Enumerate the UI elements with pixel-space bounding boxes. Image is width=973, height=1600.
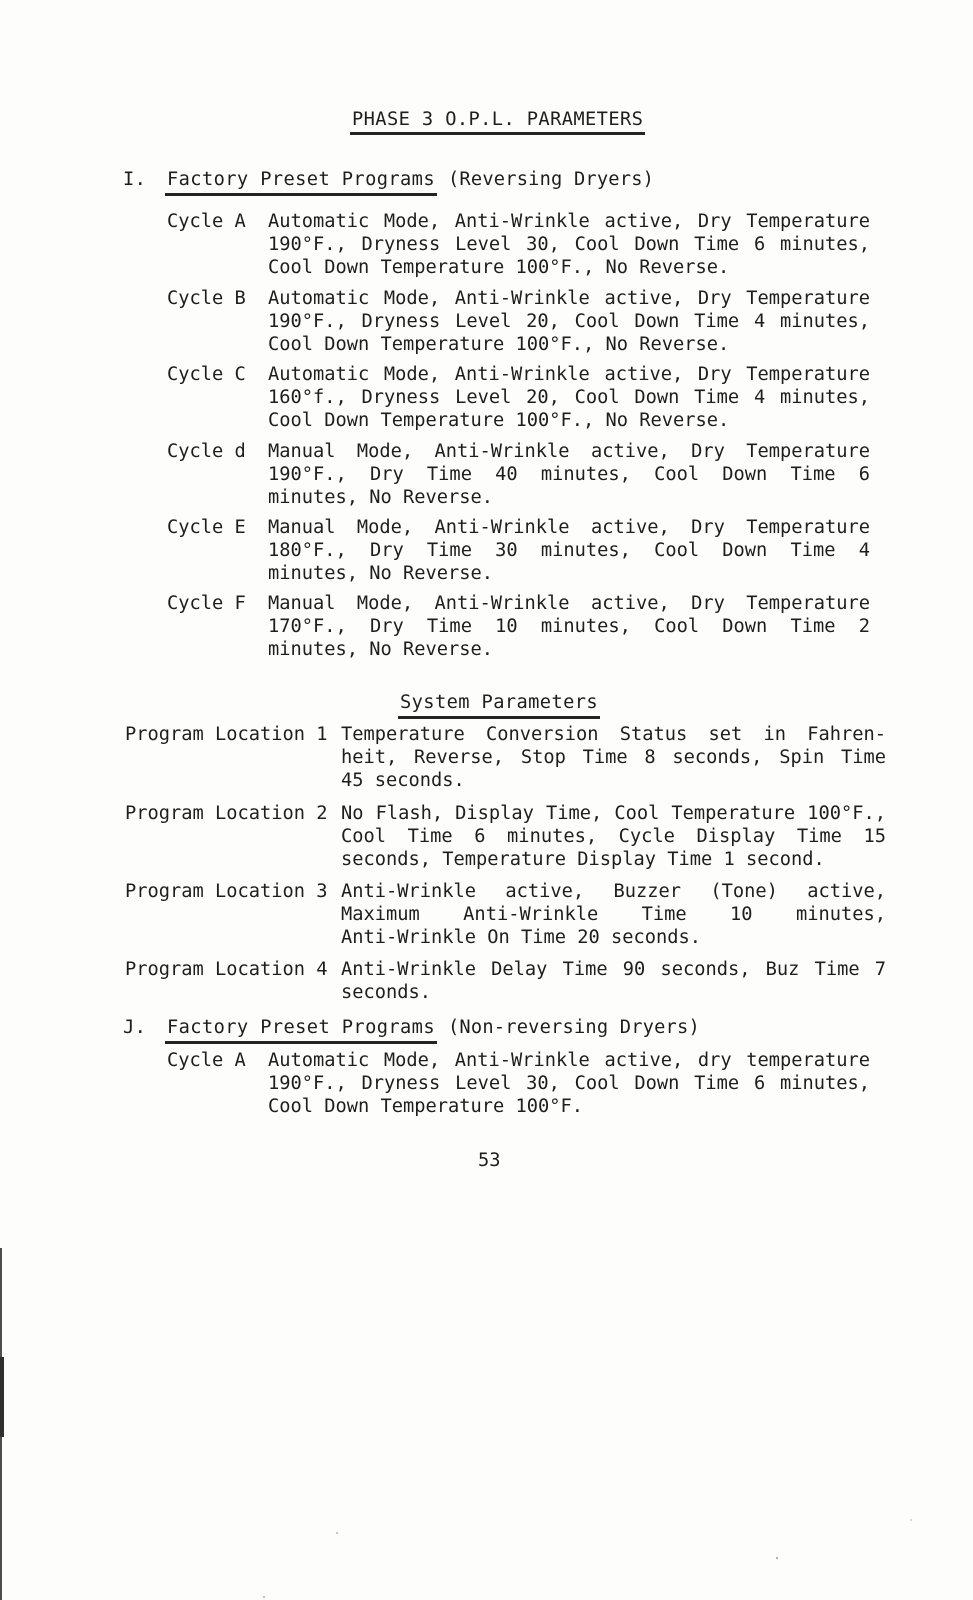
text-line: 190°F., Dryness Level 30, Cool Down Time… bbox=[268, 233, 870, 256]
text-line: Anti-Wrinkle Delay Time 90 seconds, Buz … bbox=[341, 958, 886, 981]
cycle-entry: Cycle A Automatic Mode, Anti-Wrinkle act… bbox=[167, 1049, 873, 1118]
program-location-description: Temperature Conversion Status set in Fah… bbox=[341, 723, 886, 792]
text-line: minutes, No Reverse. bbox=[268, 638, 870, 661]
cycle-description: Automatic Mode, Anti-Wrinkle active, Dry… bbox=[268, 210, 870, 279]
scan-speck bbox=[336, 1532, 338, 1534]
cycle-entry: Cycle F Manual Mode, Anti-Wrinkle active… bbox=[167, 592, 873, 661]
text-line: Automatic Mode, Anti-Wrinkle active, dry… bbox=[268, 1049, 870, 1072]
cycle-label: Cycle B bbox=[167, 287, 246, 310]
cycle-label: Cycle E bbox=[167, 516, 246, 539]
system-parameters-heading: System Parameters bbox=[400, 691, 600, 719]
text-line: No Flash, Display Time, Cool Temperature… bbox=[341, 802, 886, 825]
cycle-label: Cycle d bbox=[167, 440, 246, 463]
text-line: Cool Time 6 minutes, Cycle Display Time … bbox=[341, 825, 886, 848]
section-heading-nonreversing: J. Factory Preset Programs(Non-reversing… bbox=[0, 1016, 973, 1042]
section-heading-text: Factory Preset Programs bbox=[165, 1016, 437, 1044]
section-heading-text: Factory Preset Programs bbox=[165, 168, 437, 196]
program-location-entry: Program Location 4 Anti-Wrinkle Delay Ti… bbox=[125, 958, 891, 1004]
scan-speck bbox=[263, 1596, 265, 1598]
cycle-entry: Cycle B Automatic Mode, Anti-Wrinkle act… bbox=[167, 287, 873, 356]
text-line: Cool Down Temperature 100°F., No Reverse… bbox=[268, 409, 870, 432]
cycle-description: Manual Mode, Anti-Wrinkle active, Dry Te… bbox=[268, 516, 870, 585]
section-heading-reversing: I. Factory Preset Programs(Reversing Dry… bbox=[0, 168, 973, 194]
text-line: 45 seconds. bbox=[341, 769, 886, 792]
text-line: Cool Down Temperature 100°F. bbox=[268, 1095, 870, 1118]
scan-speck bbox=[776, 1557, 778, 1559]
system-parameters-heading-text: System Parameters bbox=[398, 691, 600, 719]
page-title: PHASE 3 O.P.L. PARAMETERS bbox=[352, 109, 645, 135]
text-line: 180°F., Dry Time 30 minutes, Cool Down T… bbox=[268, 539, 870, 562]
section-marker: I. bbox=[123, 168, 146, 191]
section-heading-suffix: (Reversing Dryers) bbox=[448, 169, 654, 190]
cycle-entry: Cycle d Manual Mode, Anti-Wrinkle active… bbox=[167, 440, 873, 509]
text-line: minutes, No Reverse. bbox=[268, 562, 870, 585]
cycle-entry: Cycle A Automatic Mode, Anti-Wrinkle act… bbox=[167, 210, 873, 279]
section-heading-suffix: (Non-reversing Dryers) bbox=[448, 1017, 700, 1038]
page-number: 53 bbox=[478, 1149, 501, 1172]
cycle-label: Cycle A bbox=[167, 1049, 246, 1072]
text-line: seconds, Temperature Display Time 1 seco… bbox=[341, 848, 886, 871]
program-location-label: Program Location 1 bbox=[125, 723, 328, 746]
text-line: 190°F., Dryness Level 30, Cool Down Time… bbox=[268, 1072, 870, 1095]
program-location-description: No Flash, Display Time, Cool Temperature… bbox=[341, 802, 886, 871]
text-line: Anti-Wrinkle On Time 20 seconds. bbox=[341, 926, 886, 949]
cycle-description: Automatic Mode, Anti-Wrinkle active, dry… bbox=[268, 1049, 870, 1118]
cycle-entry: Cycle C Automatic Mode, Anti-Wrinkle act… bbox=[167, 363, 873, 432]
program-location-label: Program Location 2 bbox=[125, 802, 328, 825]
program-location-entry: Program Location 2 No Flash, Display Tim… bbox=[125, 802, 891, 871]
text-line: seconds. bbox=[341, 981, 886, 1004]
program-location-description: Anti-Wrinkle active, Buzzer (Tone) activ… bbox=[341, 880, 886, 949]
text-line: minutes, No Reverse. bbox=[268, 486, 870, 509]
cycle-entry: Cycle E Manual Mode, Anti-Wrinkle active… bbox=[167, 516, 873, 585]
text-line: Manual Mode, Anti-Wrinkle active, Dry Te… bbox=[268, 440, 870, 463]
cycle-description: Automatic Mode, Anti-Wrinkle active, Dry… bbox=[268, 363, 870, 432]
text-line: Automatic Mode, Anti-Wrinkle active, Dry… bbox=[268, 363, 870, 386]
section-marker: J. bbox=[123, 1016, 146, 1039]
text-line: 190°F., Dryness Level 20, Cool Down Time… bbox=[268, 310, 870, 333]
text-line: Cool Down Temperature 100°F., No Reverse… bbox=[268, 333, 870, 356]
program-location-entry: Program Location 3 Anti-Wrinkle active, … bbox=[125, 880, 891, 949]
program-location-description: Anti-Wrinkle Delay Time 90 seconds, Buz … bbox=[341, 958, 886, 1004]
text-line: heit, Reverse, Stop Time 8 seconds, Spin… bbox=[341, 746, 886, 769]
text-line: Manual Mode, Anti-Wrinkle active, Dry Te… bbox=[268, 516, 870, 539]
text-line: Anti-Wrinkle active, Buzzer (Tone) activ… bbox=[341, 880, 886, 903]
text-line: 190°F., Dry Time 40 minutes, Cool Down T… bbox=[268, 463, 870, 486]
cycle-label: Cycle A bbox=[167, 210, 246, 233]
text-line: Manual Mode, Anti-Wrinkle active, Dry Te… bbox=[268, 592, 870, 615]
program-location-entry: Program Location 1 Temperature Conversio… bbox=[125, 723, 891, 792]
scan-speck bbox=[910, 1519, 912, 1521]
text-line: Automatic Mode, Anti-Wrinkle active, Dry… bbox=[268, 287, 870, 310]
scan-edge-mark bbox=[0, 1357, 4, 1437]
text-line: Maximum Anti-Wrinkle Time 10 minutes, bbox=[341, 903, 886, 926]
cycle-description: Manual Mode, Anti-Wrinkle active, Dry Te… bbox=[268, 440, 870, 509]
text-line: Cool Down Temperature 100°F., No Reverse… bbox=[268, 256, 870, 279]
page-title-text: PHASE 3 O.P.L. PARAMETERS bbox=[350, 109, 645, 135]
text-line: 170°F., Dry Time 10 minutes, Cool Down T… bbox=[268, 615, 870, 638]
cycle-description: Automatic Mode, Anti-Wrinkle active, Dry… bbox=[268, 287, 870, 356]
cycle-label: Cycle C bbox=[167, 363, 246, 386]
text-line: Automatic Mode, Anti-Wrinkle active, Dry… bbox=[268, 210, 870, 233]
text-line: Temperature Conversion Status set in Fah… bbox=[341, 723, 886, 746]
text-line: 160°f., Dryness Level 20, Cool Down Time… bbox=[268, 386, 870, 409]
cycle-description: Manual Mode, Anti-Wrinkle active, Dry Te… bbox=[268, 592, 870, 661]
scanned-manual-page: PHASE 3 O.P.L. PARAMETERS I. Factory Pre… bbox=[0, 0, 973, 1600]
program-location-label: Program Location 3 bbox=[125, 880, 328, 903]
program-location-label: Program Location 4 bbox=[125, 958, 328, 981]
cycle-label: Cycle F bbox=[167, 592, 246, 615]
